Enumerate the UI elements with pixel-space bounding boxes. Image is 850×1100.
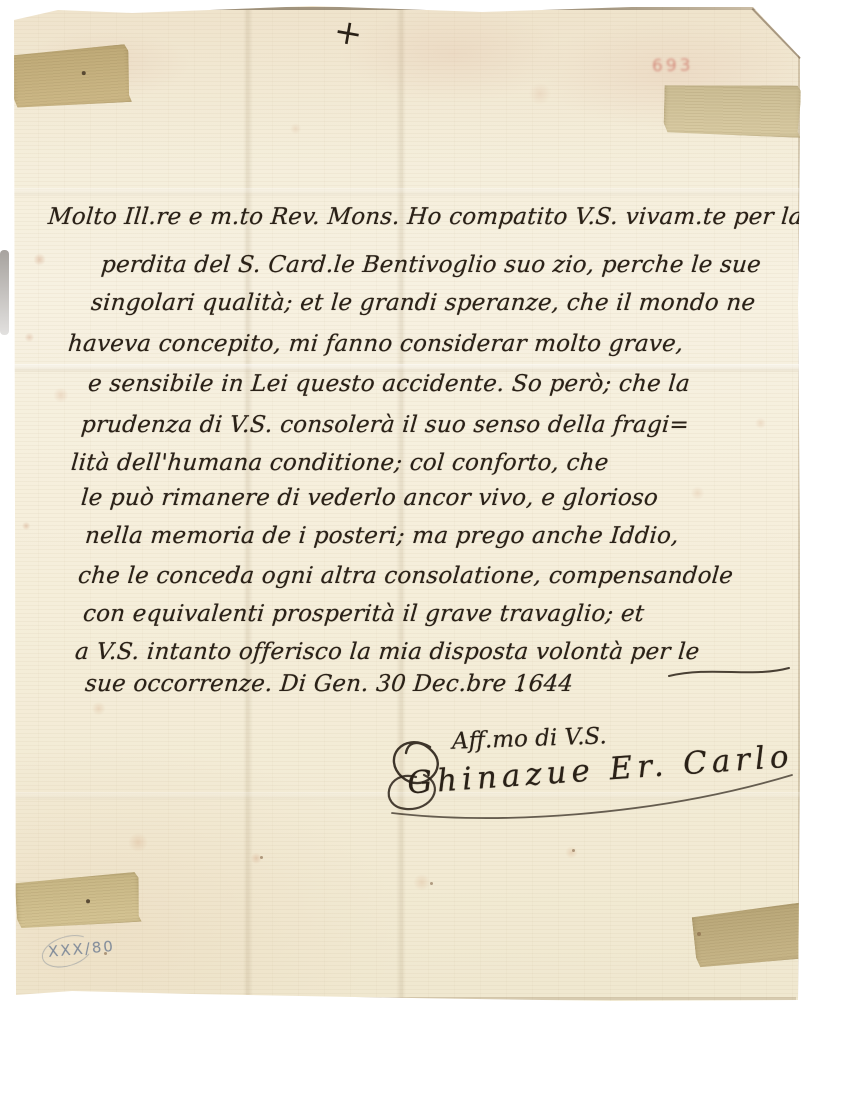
letter-line: haveva concepito, mi fanno considerar mo… bbox=[67, 331, 685, 357]
letter-line: con equivalenti prosperità il grave trav… bbox=[82, 601, 645, 627]
letter-paper: + 693 Molto Ill.re e m.to Rev. Mons. Ho … bbox=[12, 4, 800, 1002]
scan-edge-artifact bbox=[0, 250, 9, 335]
letter-body: Molto Ill.re e m.to Rev. Mons. Ho compat… bbox=[12, 4, 800, 1002]
letter-line: a V.S. intanto offerisco la mia disposta… bbox=[74, 639, 701, 665]
letter-line: e sensibile in Lei questo accidente. So … bbox=[87, 371, 691, 397]
letter-line: le può rimanere di vederlo ancor vivo, e… bbox=[80, 485, 659, 511]
letter-line: perdita del S. Card.le Bentivoglio suo z… bbox=[100, 252, 762, 278]
date-flourish bbox=[667, 664, 792, 678]
letter-line: lità dell'humana conditione; col confort… bbox=[70, 450, 610, 476]
paper-left-edge bbox=[12, 14, 14, 989]
letter-line: che le conceda ogni altra consolatione, … bbox=[77, 563, 734, 589]
letter-line: Molto Ill.re e m.to Rev. Mons. Ho compat… bbox=[47, 204, 804, 230]
letter-line: sue occorrenze. Di Gen. 30 Dec.bre 1644 bbox=[84, 671, 574, 697]
scanned-letter-page: + 693 Molto Ill.re e m.to Rev. Mons. Ho … bbox=[0, 0, 850, 1100]
letter-line: prudenza di V.S. consolerà il suo senso … bbox=[80, 412, 690, 438]
letter-line: nella memoria de i posteri; ma prego anc… bbox=[84, 523, 680, 549]
letter-line: singolari qualità; et le grandi speranze… bbox=[90, 290, 756, 316]
